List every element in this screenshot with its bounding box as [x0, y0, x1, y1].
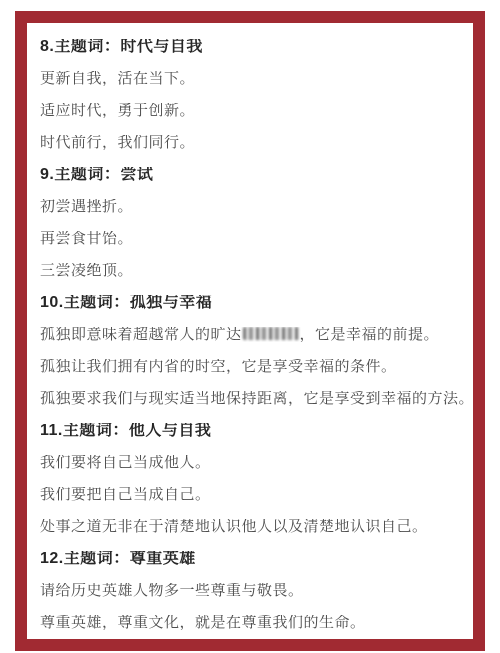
phrase-line: 处事之道无非在于清楚地认识他人以及清楚地认识自己。: [40, 519, 465, 534]
phrase-line: 请给历史英雄人物多一些尊重与敬畏。: [40, 583, 465, 598]
notes-content: 8.主题词：时代与自我 更新自我，活在当下。 适应时代，勇于创新。 时代前行，我…: [27, 23, 473, 630]
section-heading: 11.主题词：他人与自我: [40, 423, 465, 439]
phrase-line: 三尝凌绝顶。: [40, 263, 465, 278]
phrase-line: 再尝食甘饴。: [40, 231, 465, 246]
section-heading: 8.主题词：时代与自我: [40, 39, 465, 55]
section-heading: 12.主题词：尊重英雄: [40, 551, 465, 567]
phrase-segment: ，它是幸福的前提。: [300, 327, 440, 342]
phrase-line: 孤独要求我们与现实适当地保持距离，它是享受到幸福的方法。: [40, 391, 465, 406]
section-heading: 9.主题词：尝试: [40, 167, 465, 183]
section-heading: 10.主题词：孤独与幸福: [40, 295, 465, 311]
phrase-line: 时代前行，我们同行。: [40, 135, 465, 150]
phrase-line: 我们要将自己当成他人。: [40, 455, 465, 470]
red-border-frame: 8.主题词：时代与自我 更新自我，活在当下。 适应时代，勇于创新。 时代前行，我…: [15, 11, 485, 651]
phrase-line: 初尝遇挫折。: [40, 199, 465, 214]
phrase-line: 孤独让我们拥有内省的时空，它是享受幸福的条件。: [40, 359, 465, 374]
phrase-line: 尊重英雄，尊重文化，就是在尊重我们的生命。: [40, 615, 465, 630]
phrase-line: 适应时代，勇于创新。: [40, 103, 465, 118]
phrase-line: 更新自我，活在当下。: [40, 71, 465, 86]
phrase-segment: 孤独即意味着超越常人的旷达: [40, 327, 242, 342]
redaction-smudge: [243, 327, 299, 340]
phrase-line: 我们要把自己当成自己。: [40, 487, 465, 502]
phrase-line-with-redaction: 孤独即意味着超越常人的旷达，它是幸福的前提。: [40, 327, 465, 342]
